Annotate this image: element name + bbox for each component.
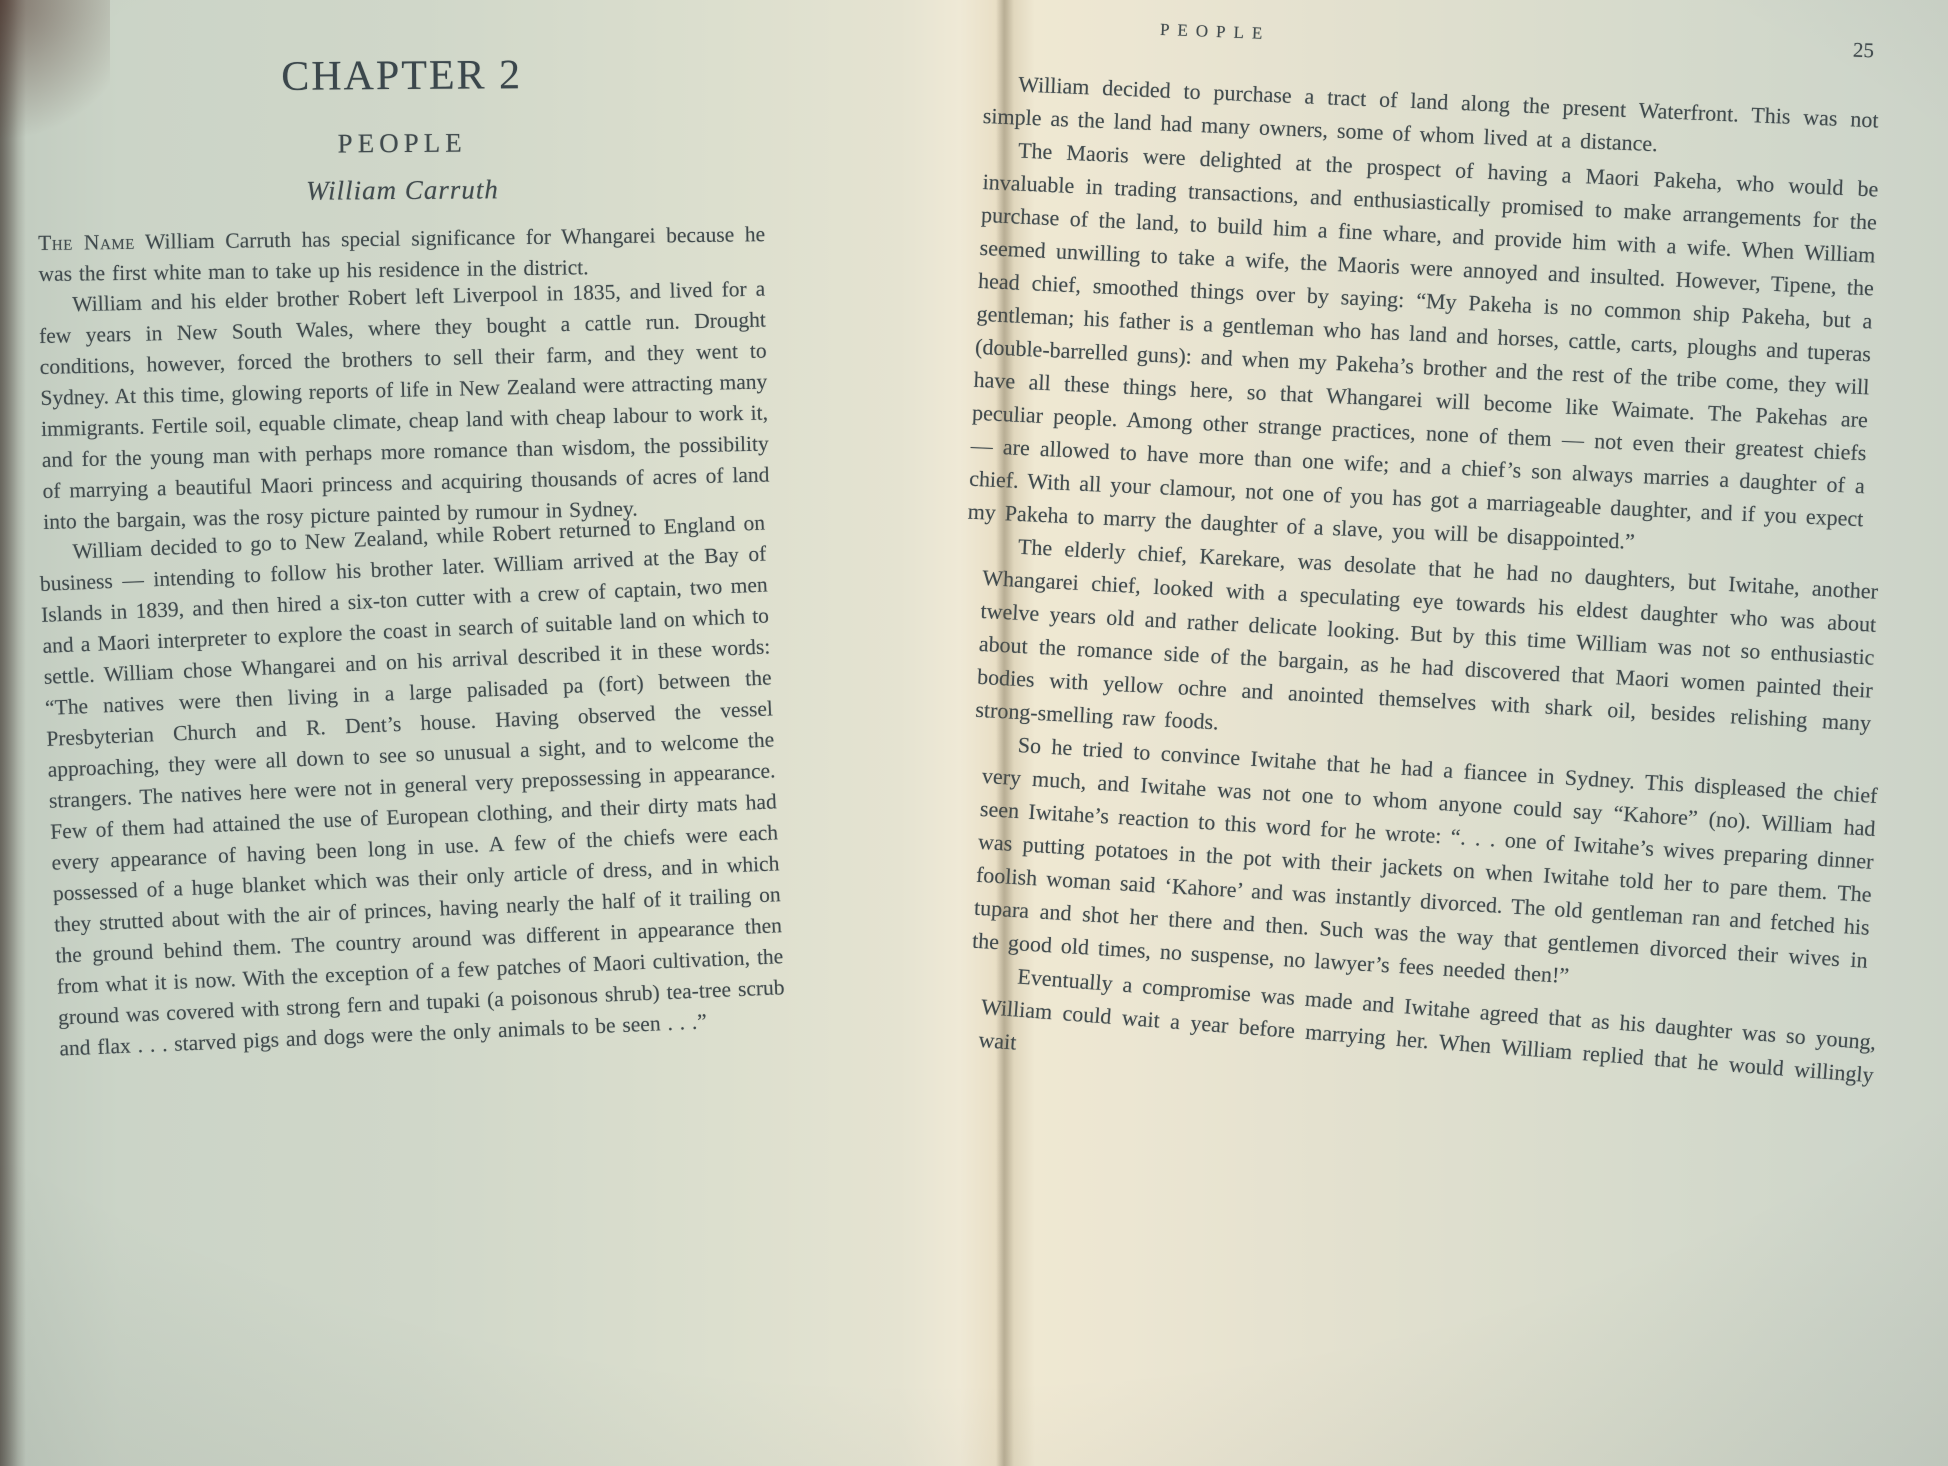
- section-heading: PEOPLE: [39, 125, 766, 161]
- running-header: PEOPLE: [1160, 20, 1271, 44]
- paragraph: William and his elder brother Robert lef…: [38, 274, 770, 538]
- page-number: 25: [1853, 38, 1875, 64]
- right-page-body: William decided to purchase a tract of l…: [985, 66, 1880, 1056]
- chapter-opening-headings: CHAPTER 2 PEOPLE William Carruth: [38, 49, 766, 208]
- paragraph: The Maoris were delighted at the prospec…: [967, 132, 1879, 568]
- subsection-heading: William Carruth: [39, 172, 766, 208]
- left-page: CHAPTER 2 PEOPLE William Carruth The Nam…: [38, 0, 765, 1065]
- book-spread: CHAPTER 2 PEOPLE William Carruth The Nam…: [0, 0, 1948, 1466]
- chapter-heading: CHAPTER 2: [38, 49, 765, 102]
- small-caps-lead: The Name: [38, 230, 135, 255]
- right-page: PEOPLE 25 William decided to purchase a …: [985, 0, 1880, 1466]
- paragraph: William decided to go to New Zealand, wh…: [38, 508, 786, 1065]
- book-edge-shadow: [0, 0, 26, 1466]
